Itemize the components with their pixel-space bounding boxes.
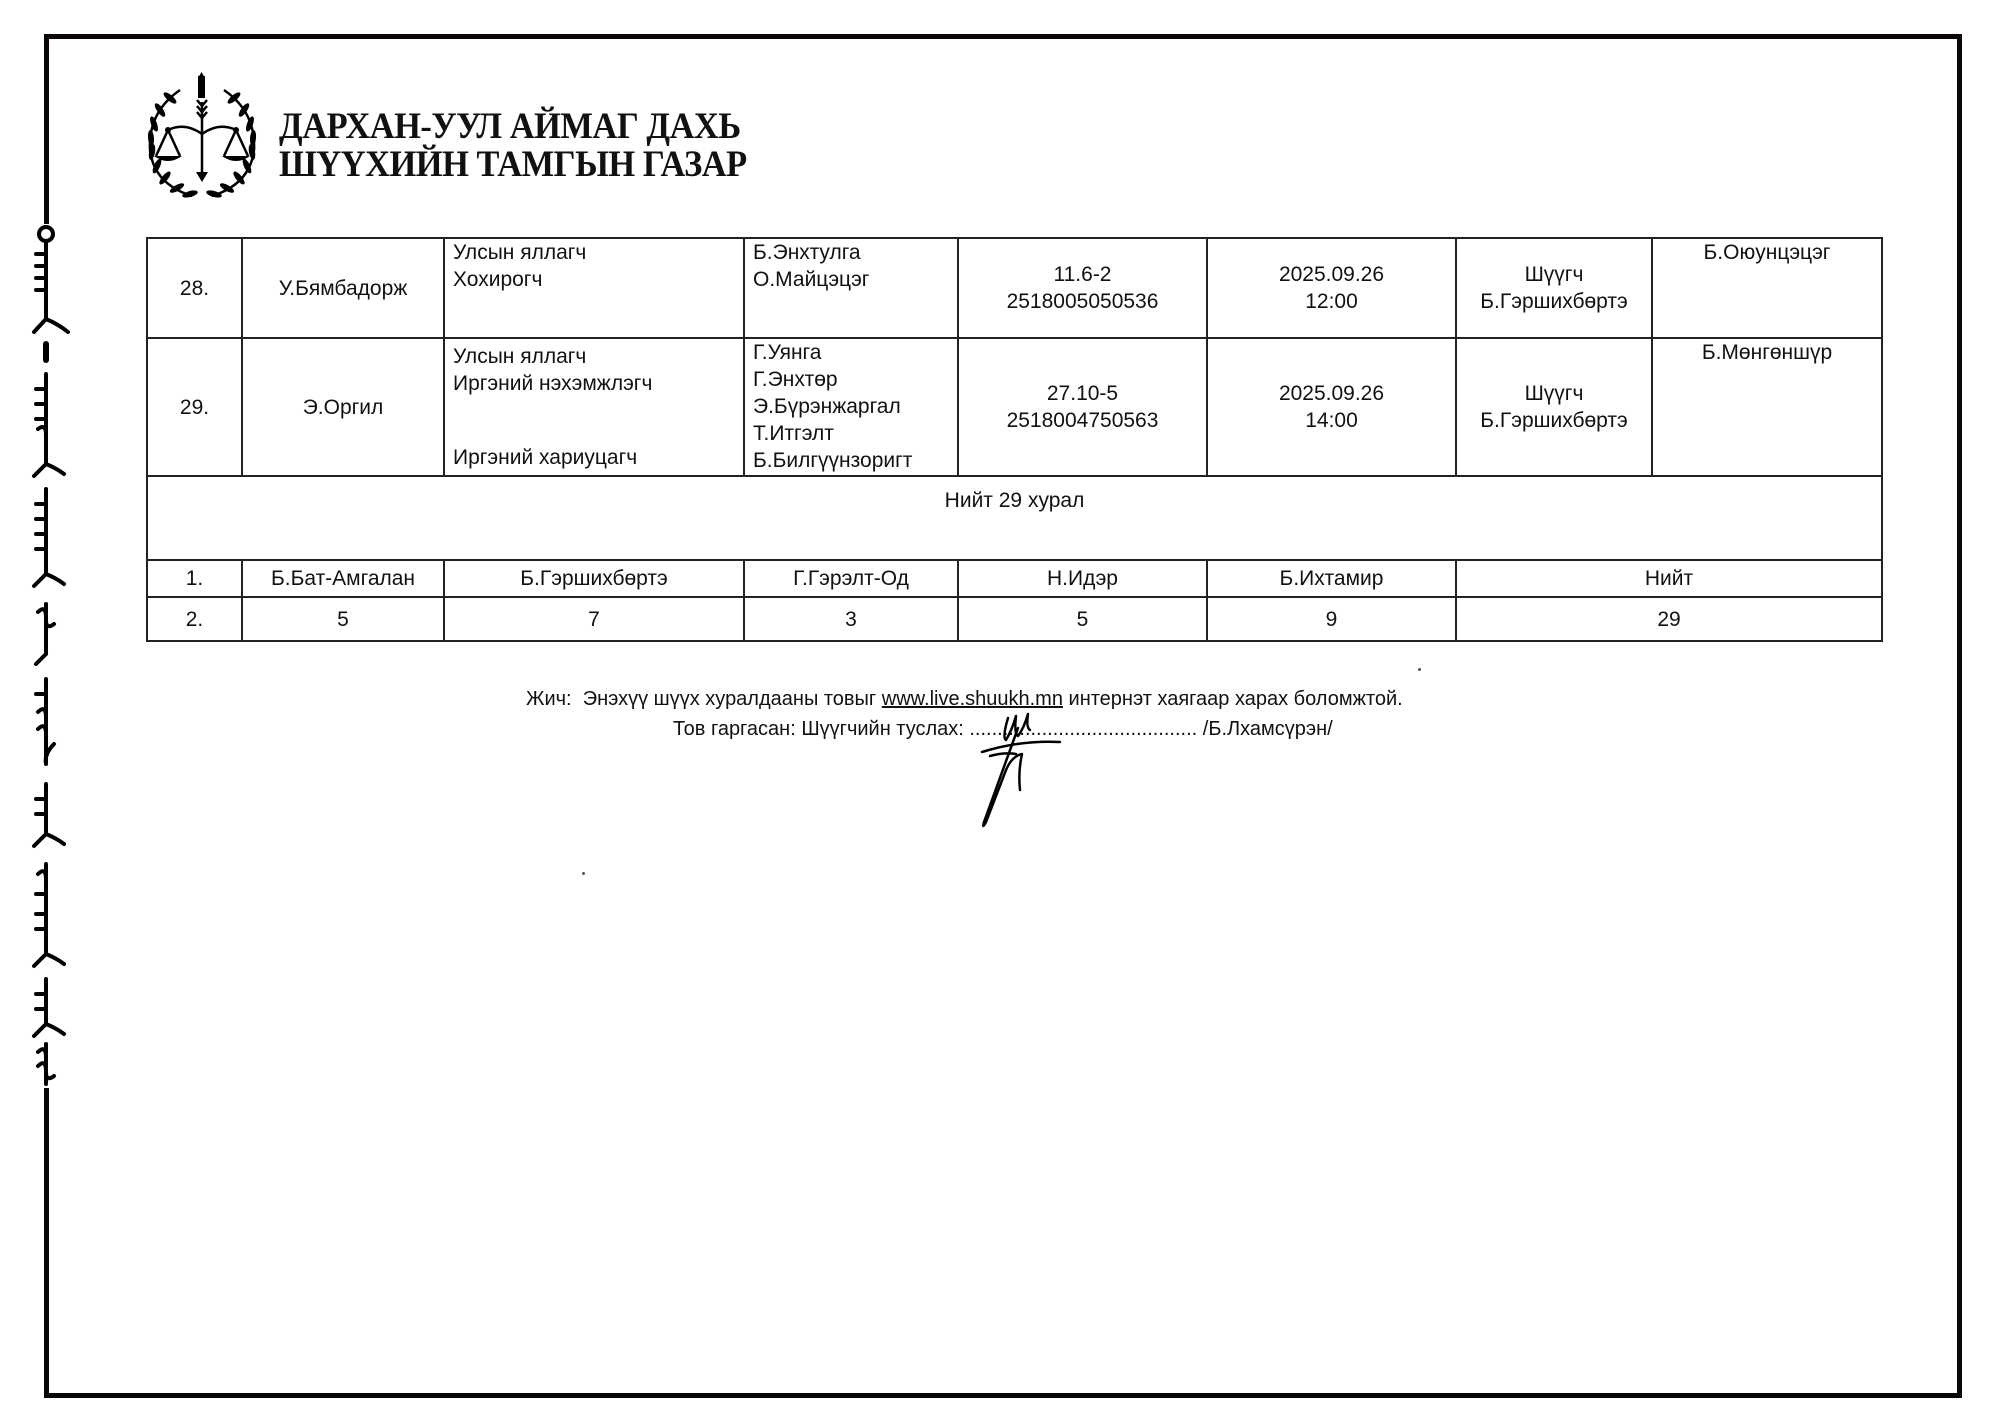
participants: Б.Энхтулга О.Майцэцэг [744,238,958,338]
summary-count: 5 [242,597,444,641]
table-row: 29. Э.Оргил Улсын яллагч Иргэний нэхэмжл… [147,338,1882,476]
role: Хохирогч [453,266,735,293]
case-number: 2518005050536 [967,288,1198,315]
role: Улсын яллагч [453,239,735,266]
row-number: 2. [147,597,242,641]
participant: О.Майцэцэг [753,266,949,293]
summary-judge: Б.Гэршихбөртэ [444,560,744,597]
participant: Б.Билгүүнзоригт [753,447,949,474]
org-title-line1: ДАРХАН-УУЛ АЙМАГ ДАХЬ [279,108,747,146]
judge-name: Б.Гэршихбөртэ [1465,288,1643,315]
organization-title: ДАРХАН-УУЛ АЙМАГ ДАХЬ ШҮҮХИЙН ТАМГЫН ГАЗ… [279,108,747,184]
participants: Г.Уянга Г.Энхтөр Э.Бүрэнжаргал Т.Итгэлт … [744,338,958,476]
hearing-schedule-table: 28. У.Бямбадорж Улсын яллагч Хохирогч Б.… [146,237,1883,642]
secretary: Б.Оюунцэцэг [1652,238,1882,338]
defendant-name: Э.Оргил [242,338,444,476]
page-border-right [1957,34,1962,1398]
footnote: Жич: Энэхүү шүүх хуралдааны товыг www.li… [526,688,1403,711]
scan-speck [1418,668,1421,671]
participant: Т.Итгэлт [753,420,949,447]
page-border-bottom [44,1393,1962,1398]
website-link[interactable]: www.live.shuukh.mn [882,688,1063,710]
summary-judge: Б.Ихтамир [1207,560,1456,597]
summary-judge: Г.Гэрэлт-Од [744,560,958,597]
participant: Б.Энхтулга [753,239,949,266]
judge-name: Б.Гэршихбөртэ [1465,407,1643,434]
article: 11.6-2 [967,261,1198,288]
summary-header-row: 1. Б.Бат-Амгалан Б.Гэршихбөртэ Г.Гэрэлт-… [147,560,1882,597]
secretary: Б.Мөнгөншүр [1652,338,1882,476]
row-number: 1. [147,560,242,597]
role: Улсын яллагч [453,343,735,370]
case-info: 27.10-5 2518004750563 [958,338,1207,476]
judge-title: Шүүгч [1465,380,1643,407]
summary-count: 7 [444,597,744,641]
row-number: 28. [147,238,242,338]
judge-title: Шүүгч [1465,261,1643,288]
footnote-prefix: Жич: Энэхүү шүүх хуралдааны товыг [526,688,882,710]
summary-judge: Н.Идэр [958,560,1207,597]
page-border-left-top [44,34,49,224]
hearing-datetime: 2025.09.26 12:00 [1207,238,1456,338]
party-roles: Улсын яллагч Иргэний нэхэмжлэгч Иргэний … [444,338,744,476]
summary-total-header: Нийт [1456,560,1882,597]
role: Иргэний хариуцагч [453,444,735,471]
hearing-time: 14:00 [1216,407,1447,434]
summary-count: 9 [1207,597,1456,641]
article: 27.10-5 [967,380,1198,407]
judge: Шүүгч Б.Гэршихбөртэ [1456,338,1652,476]
total-row: Нийт 29 хурал [147,476,1882,560]
case-info: 11.6-2 2518005050536 [958,238,1207,338]
page-border-top [44,34,1962,39]
judge: Шүүгч Б.Гэршихбөртэ [1456,238,1652,338]
participant: Г.Энхтөр [753,366,949,393]
participant: Э.Бүрэнжаргал [753,393,949,420]
summary-judge: Б.Бат-Амгалан [242,560,444,597]
row-number: 29. [147,338,242,476]
court-emblem-icon [140,72,264,202]
hearing-date: 2025.09.26 [1216,380,1447,407]
summary-total-count: 29 [1456,597,1882,641]
footnote-suffix: интернэт хаягаар харах боломжтой. [1063,688,1403,710]
org-title-line2: ШҮҮХИЙН ТАМГЫН ГАЗАР [279,146,747,184]
case-number: 2518004750563 [967,407,1198,434]
summary-count: 3 [744,597,958,641]
hearing-date: 2025.09.26 [1216,261,1447,288]
mongolian-script-icon [24,224,70,1090]
role: Иргэний нэхэмжлэгч [453,370,735,397]
defendant-name: У.Бямбадорж [242,238,444,338]
party-roles: Улсын яллагч Хохирогч [444,238,744,338]
total-hearings: Нийт 29 хурал [147,476,1882,560]
scan-speck [582,872,585,875]
summary-value-row: 2. 5 7 3 5 9 29 [147,597,1882,641]
page-border-left-bottom [44,1088,49,1398]
hearing-datetime: 2025.09.26 14:00 [1207,338,1456,476]
participant: Г.Уянга [753,339,949,366]
table-row: 28. У.Бямбадорж Улсын яллагч Хохирогч Б.… [147,238,1882,338]
hearing-time: 12:00 [1216,288,1447,315]
summary-count: 5 [958,597,1207,641]
signature-icon [960,712,1100,832]
